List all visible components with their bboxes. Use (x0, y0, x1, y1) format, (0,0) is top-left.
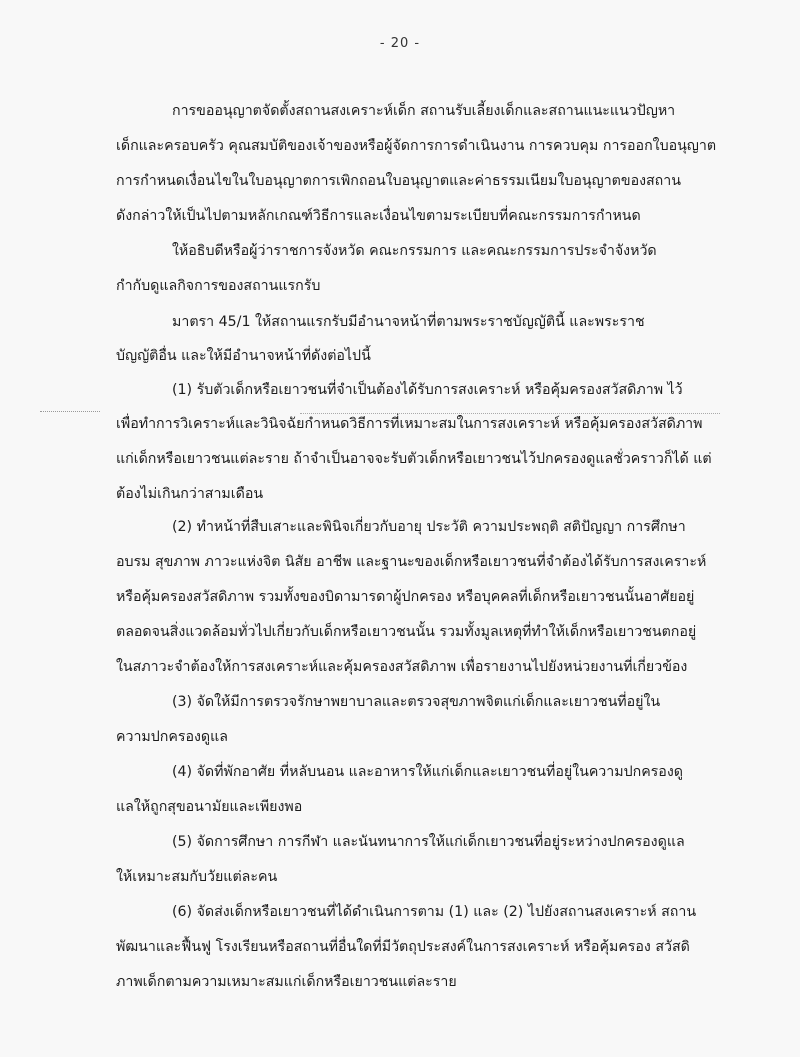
paragraph-line: อบรม สุขภาพ ภาวะแห่งจิต นิสัย อาชีพ และฐ… (116, 552, 706, 572)
paragraph-line: ตลอดจนสิ่งแวดล้อมทั่วไปเกี่ยวกับเด็กหรือ… (116, 622, 696, 642)
paragraph-line: แลให้ถูกสุขอนามัยและเพียงพอ (116, 797, 302, 817)
scan-artifact (40, 411, 100, 413)
list-item-2: (2) ทำหน้าที่สืบเสาะและพินิจเกี่ยวกับอาย… (172, 517, 686, 537)
paragraph-line: ดังกล่าวให้เป็นไปตามหลักเกณฑ์วิธีการและเ… (116, 206, 641, 226)
paragraph-line: ภาพเด็กตามความเหมาะสมแก่เด็กหรือเยาวชนแต… (116, 972, 457, 992)
paragraph-line: ในสภาวะจำต้องให้การสงเคราะห์และคุ้มครองส… (116, 657, 687, 677)
list-item-6: (6) จัดส่งเด็กหรือเยาวชนที่ได้ดำเนินการต… (172, 902, 696, 922)
list-item-3: (3) จัดให้มีการตรวจรักษาพยาบาลและตรวจสุข… (172, 692, 660, 712)
paragraph-line: หรือคุ้มครองสวัสดิภาพ รวมทั้งของบิดามารด… (116, 587, 694, 607)
page-number: - 20 - (0, 36, 800, 51)
list-item-4: (4) จัดที่พักอาศัย ที่หลับนอน และอาหารให… (172, 762, 683, 782)
list-item-1: (1) รับตัวเด็กหรือเยาวชนที่จำเป็นต้องได้… (172, 380, 683, 400)
paragraph-line: เด็กและครอบครัว คุณสมบัติของเจ้าของหรือผ… (116, 136, 716, 156)
paragraph-line: กำกับดูแลกิจการของสถานแรกรับ (116, 276, 320, 296)
paragraph-line: เพื่อทำการวิเคราะห์และวินิจฉัยกำหนดวิธีก… (116, 414, 703, 434)
paragraph-line: ความปกครองดูแล (116, 727, 228, 747)
paragraph-line: ต้องไม่เกินกว่าสามเดือน (116, 484, 263, 504)
paragraph-line: พัฒนาและฟื้นฟู โรงเรียนหรือสถานที่อื่นใด… (116, 937, 690, 957)
paragraph-line: ให้อธิบดีหรือผู้ว่าราชการจังหวัด คณะกรรม… (172, 241, 657, 261)
section-heading-line: มาตรา 45/1 ให้สถานแรกรับมีอำนาจหน้าที่ตา… (172, 312, 645, 332)
paragraph-line: บัญญัติอื่น และให้มีอำนาจหน้าที่ดังต่อไป… (116, 346, 371, 366)
paragraph-line: การขออนุญาตจัดตั้งสถานสงเคราะห์เด็ก สถาน… (172, 101, 675, 121)
paragraph-line: แก่เด็กหรือเยาวชนแต่ละราย ถ้าจำเป็นอาจจะ… (116, 449, 712, 469)
paragraph-line: ให้เหมาะสมกับวัยแต่ละคน (116, 867, 277, 887)
list-item-5: (5) จัดการศึกษา การกีฬา และนันทนาการให้แ… (172, 832, 685, 852)
paragraph-line: การกำหนดเงื่อนไขในใบอนุญาตการเพิกถอนใบอน… (116, 171, 681, 191)
document-page: - 20 - การขออนุญาตจัดตั้งสถานสงเคราะห์เด… (0, 0, 800, 1057)
